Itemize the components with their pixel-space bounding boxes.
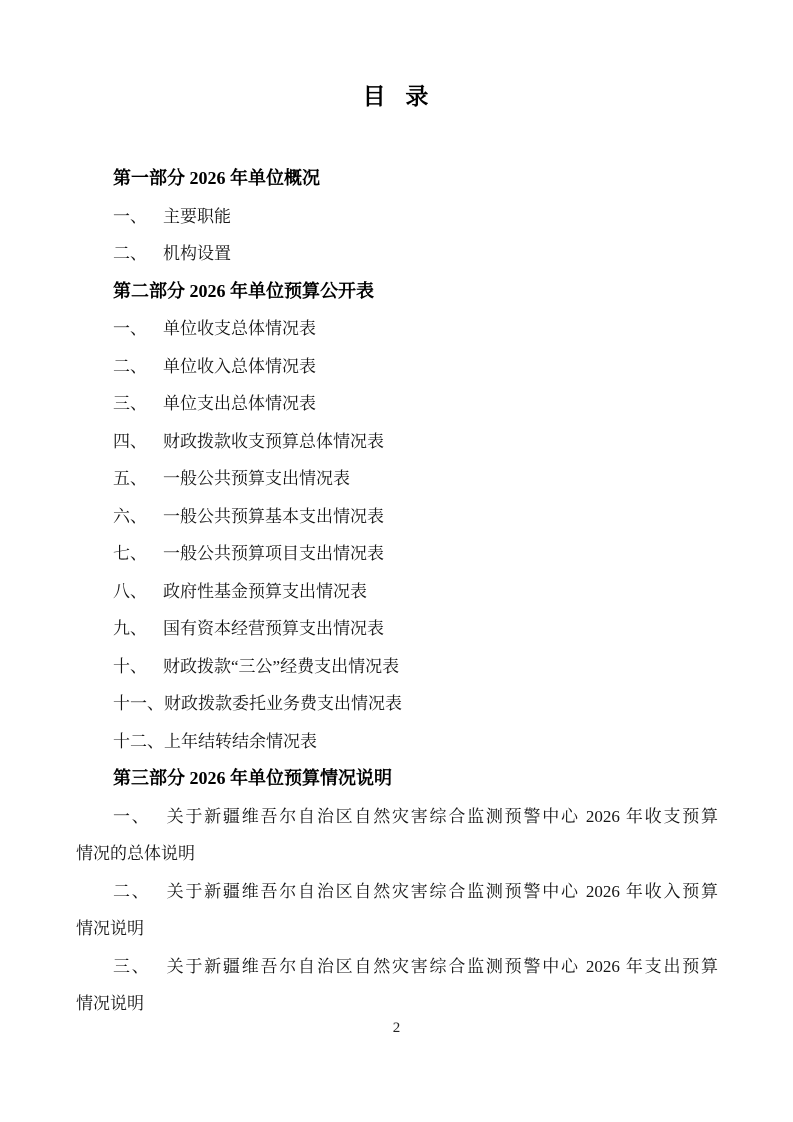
toc-item: 九、国有资本经营预算支出情况表 — [113, 610, 718, 648]
toc-item: 八、政府性基金预算支出情况表 — [113, 573, 718, 611]
toc-item: 十一、财政拨款委托业务费支出情况表 — [113, 685, 718, 723]
toc-item-number: 二、 — [113, 244, 147, 263]
toc-heading: 第二部分 2026 年单位预算公开表 — [113, 273, 718, 311]
toc-item-text: 第二部分 2026 年单位预算公开表 — [113, 281, 374, 301]
toc-item-number: 四、 — [113, 432, 147, 451]
toc-heading: 第三部分 2026 年单位预算情况说明 — [113, 760, 718, 798]
toc-item-text: 关于新疆维吾尔自治区自然灾害综合监测预警中心 2026 年收支预算 — [167, 807, 718, 826]
toc-item-text: 第一部分 2026 年单位概况 — [113, 168, 320, 188]
toc-para-cont: 情况说明 — [76, 985, 718, 1023]
toc-item-number: 一、 — [113, 207, 147, 226]
toc-item: 七、一般公共预算项目支出情况表 — [113, 535, 718, 573]
toc-item-text: 政府性基金预算支出情况表 — [163, 582, 367, 601]
toc-item-text: 一般公共预算支出情况表 — [163, 469, 350, 488]
toc-item-text: 第三部分 2026 年单位预算情况说明 — [113, 768, 392, 788]
toc-item: 六、一般公共预算基本支出情况表 — [113, 498, 718, 536]
toc-item-number: 二、 — [113, 357, 147, 376]
toc-item-text: 情况说明 — [76, 919, 144, 938]
toc-item-number: 七、 — [113, 544, 147, 563]
toc-item: 二、机构设置 — [113, 235, 718, 273]
toc-item-number: 三、 — [113, 957, 151, 976]
toc-heading: 第一部分 2026 年单位概况 — [113, 160, 718, 198]
toc-para-first: 一、关于新疆维吾尔自治区自然灾害综合监测预警中心 2026 年收支预算 — [113, 798, 718, 836]
toc-item-number: 二、 — [113, 882, 151, 901]
toc-item-number: 一、 — [113, 319, 147, 338]
toc-item-text: 财政拨款收支预算总体情况表 — [163, 432, 384, 451]
toc-item: 四、财政拨款收支预算总体情况表 — [113, 423, 718, 461]
toc-item-text: 单位支出总体情况表 — [163, 394, 316, 413]
toc-item: 一、单位收支总体情况表 — [113, 310, 718, 348]
toc-item-number: 一、 — [113, 807, 151, 826]
toc-item: 五、一般公共预算支出情况表 — [113, 460, 718, 498]
toc-item-text: 国有资本经营预算支出情况表 — [163, 619, 384, 638]
toc-item-number: 十二、 — [113, 732, 164, 751]
toc-item-text: 单位收入总体情况表 — [163, 357, 316, 376]
toc-item-text: 主要职能 — [163, 207, 231, 226]
toc-item-number: 八、 — [113, 582, 147, 601]
toc-item-number: 六、 — [113, 507, 147, 526]
toc-para-first: 三、关于新疆维吾尔自治区自然灾害综合监测预警中心 2026 年支出预算 — [113, 948, 718, 986]
toc-item: 一、主要职能 — [113, 198, 718, 236]
toc-item-number: 三、 — [113, 394, 147, 413]
page-title: 目 录 — [0, 78, 793, 111]
document-page: 目 录 第一部分 2026 年单位概况一、主要职能二、机构设置第二部分 2026… — [0, 0, 793, 1122]
toc-item-text: 关于新疆维吾尔自治区自然灾害综合监测预警中心 2026 年收入预算 — [167, 882, 718, 901]
toc-item: 十二、上年结转结余情况表 — [113, 723, 718, 761]
toc-item-number: 十、 — [113, 657, 147, 676]
toc-lines: 第一部分 2026 年单位概况一、主要职能二、机构设置第二部分 2026 年单位… — [76, 160, 718, 1023]
page-number: 2 — [0, 1020, 793, 1037]
toc-para-cont: 情况说明 — [76, 910, 718, 948]
toc-item-text: 上年结转结余情况表 — [164, 732, 317, 751]
toc-item-text: 机构设置 — [163, 244, 231, 263]
toc-item-text: 关于新疆维吾尔自治区自然灾害综合监测预警中心 2026 年支出预算 — [167, 957, 718, 976]
toc-item-number: 十一、 — [113, 694, 164, 713]
toc-item: 十、财政拨款“三公”经费支出情况表 — [113, 648, 718, 686]
toc-item-text: 一般公共预算基本支出情况表 — [163, 507, 384, 526]
toc-para-cont: 情况的总体说明 — [76, 835, 718, 873]
toc-item-number: 九、 — [113, 619, 147, 638]
toc-item-text: 财政拨款委托业务费支出情况表 — [164, 694, 402, 713]
toc-item-text: 单位收支总体情况表 — [163, 319, 316, 338]
toc-para-first: 二、关于新疆维吾尔自治区自然灾害综合监测预警中心 2026 年收入预算 — [113, 873, 718, 911]
toc-item-text: 财政拨款“三公”经费支出情况表 — [163, 657, 399, 676]
toc-item-text: 情况说明 — [76, 994, 144, 1013]
toc-item-text: 情况的总体说明 — [76, 844, 195, 863]
toc-item-text: 一般公共预算项目支出情况表 — [163, 544, 384, 563]
toc-item: 二、单位收入总体情况表 — [113, 348, 718, 386]
toc-item: 三、单位支出总体情况表 — [113, 385, 718, 423]
toc-item-number: 五、 — [113, 469, 147, 488]
